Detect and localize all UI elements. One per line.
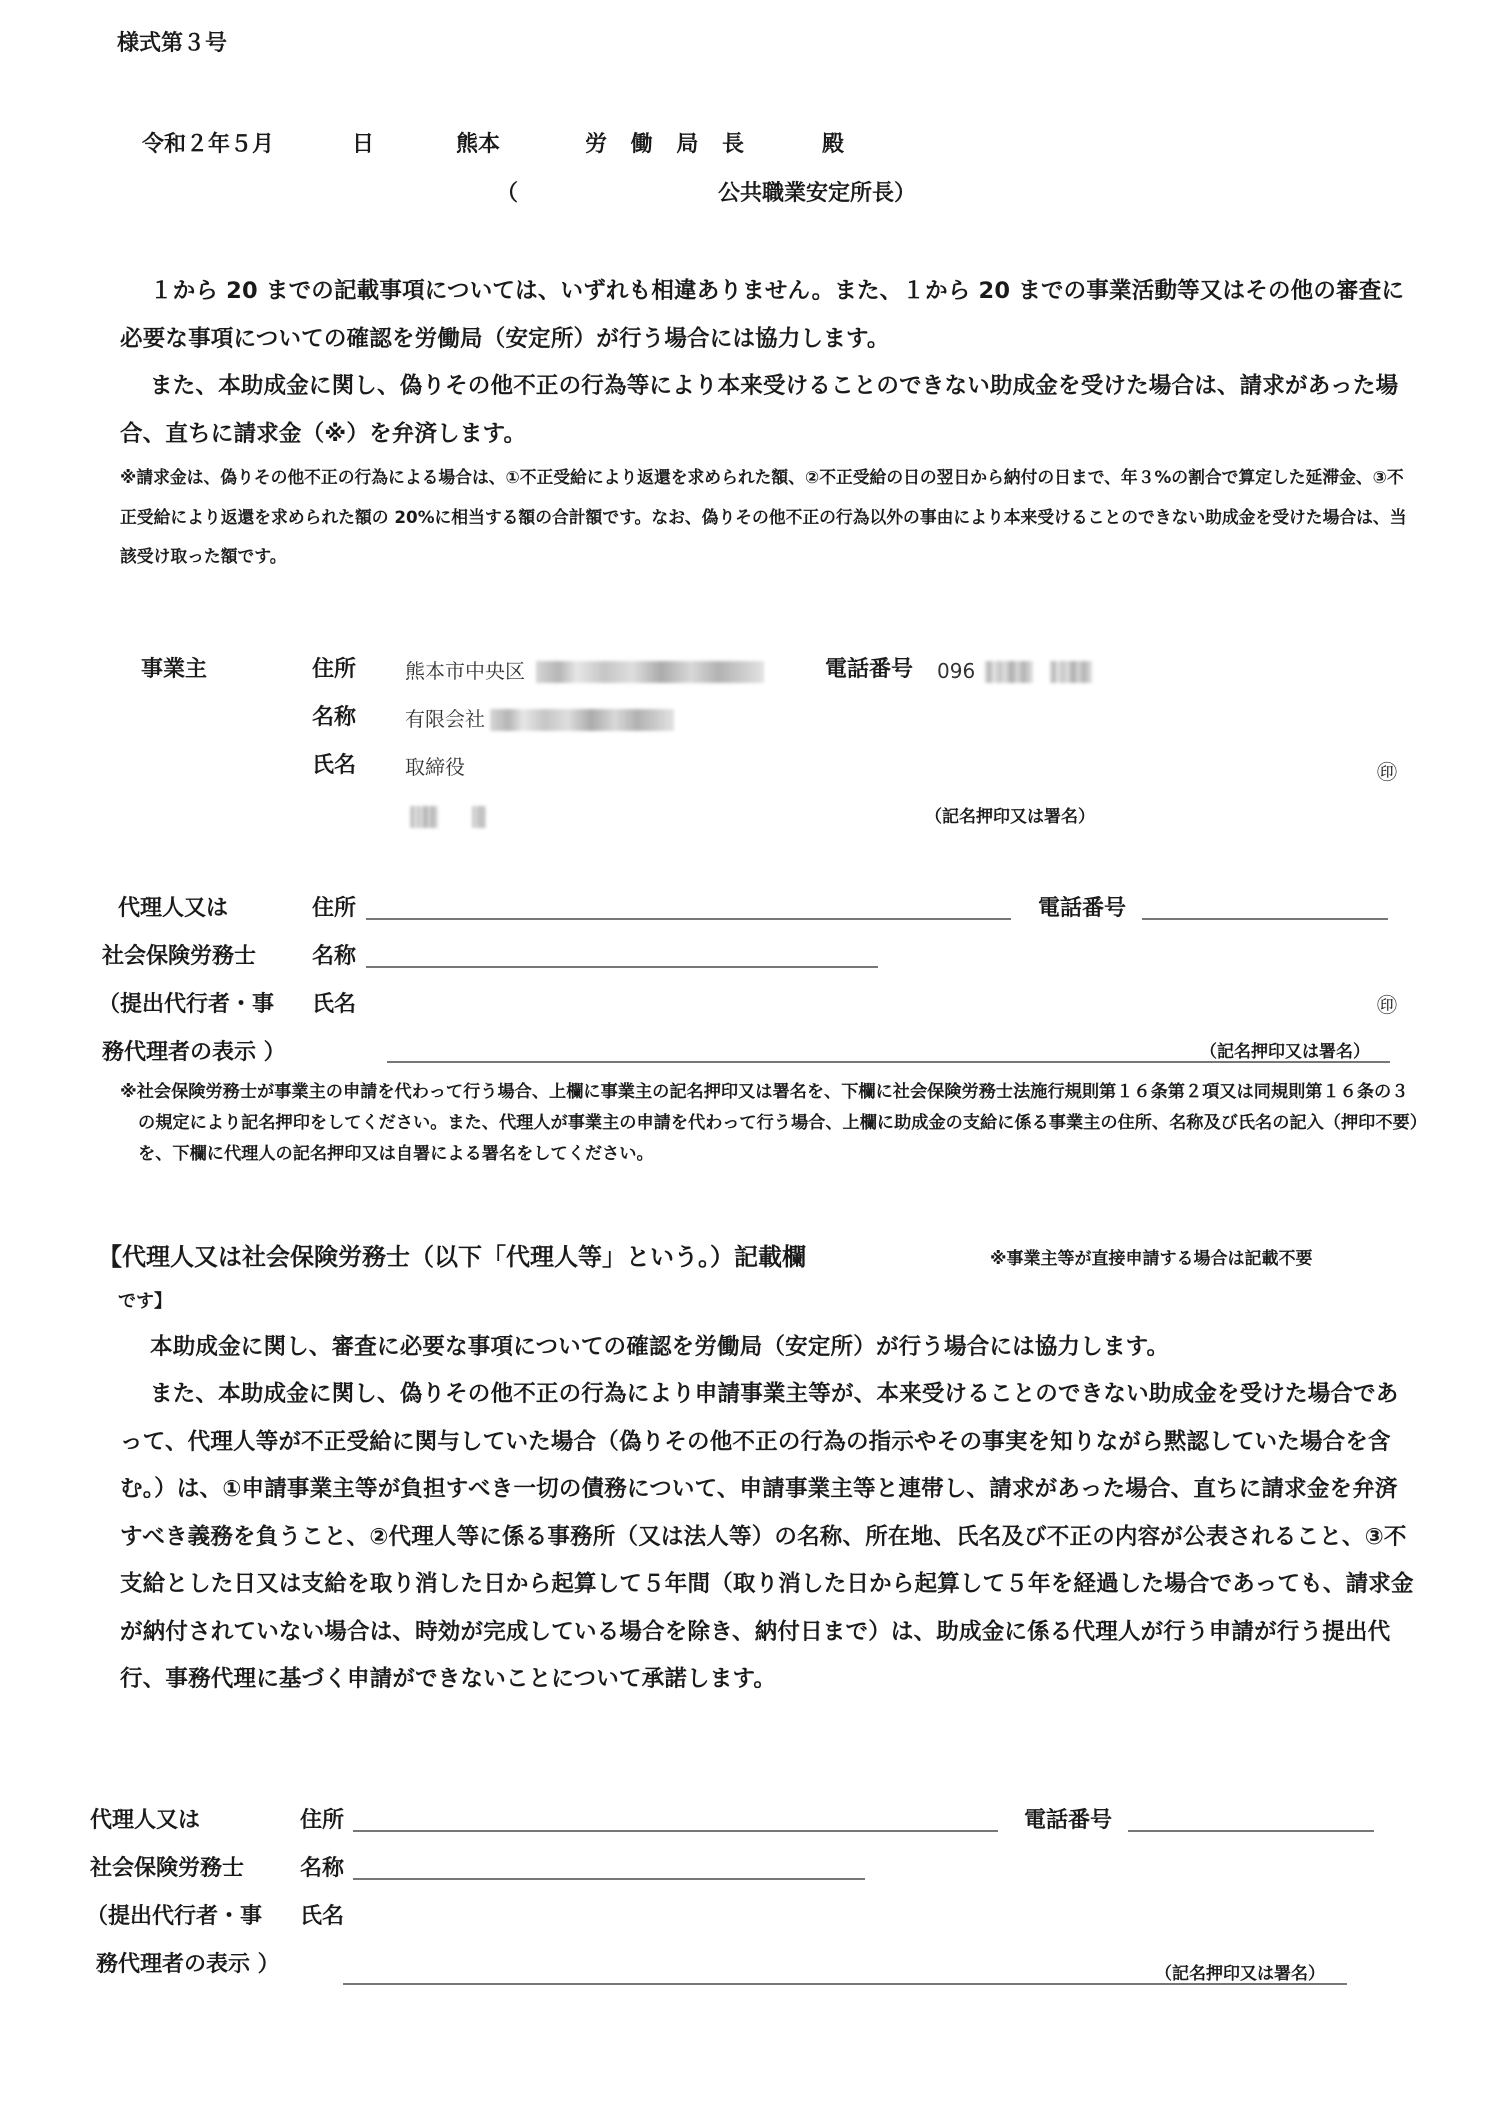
agent2-address-label: 住所 <box>300 1807 344 1835</box>
agent1-label-line3: （提出代行者・事 <box>98 991 274 1019</box>
employer-phone-value: 096 <box>937 658 975 684</box>
agent2-signature-note: （記名押印又は署名） <box>1155 1963 1325 1985</box>
agent1-person-label: 氏名 <box>312 991 356 1019</box>
agent1-signature-field[interactable] <box>387 1061 1390 1063</box>
repayment-note: ※請求金は、偽りその他不正の行為による場合は、①不正受給により返還を求められた額… <box>120 458 1420 577</box>
employer-rep-redacted-2 <box>472 806 486 828</box>
agent2-name-label: 名称 <box>300 1855 344 1883</box>
agent2-phone-label: 電話番号 <box>1024 1807 1112 1835</box>
employer-name-label: 名称 <box>312 704 356 732</box>
honorific: 殿 <box>822 131 844 159</box>
bureau-title: 労 働 局 長 <box>585 131 752 159</box>
agent2-label-line2: 社会保険労務士 <box>90 1855 244 1883</box>
agent-section-heading-cont: です】 <box>118 1290 172 1314</box>
agent-filing-note: ※社会保険労務士が事業主の申請を代わって行う場合、上欄に事業主の記名押印又は署名… <box>120 1077 1420 1170</box>
employer-address-label: 住所 <box>312 656 356 684</box>
agent2-address-field[interactable] <box>353 1830 998 1832</box>
agent1-address-label: 住所 <box>312 895 356 923</box>
office-title: 公共職業安定所長） <box>718 180 916 208</box>
agent-section-heading: 【代理人又は社会保険労務士（以下「代理人等」という。）記載欄 <box>98 1242 806 1272</box>
employer-rep-title: 取締役 <box>405 754 465 780</box>
agent1-label-line2: 社会保険労務士 <box>102 943 256 971</box>
agent1-label-line1: 代理人又は <box>118 895 228 923</box>
agent2-label-line4: 務代理者の表示 ） <box>96 1951 280 1979</box>
agent2-name-field[interactable] <box>353 1878 865 1880</box>
employer-name-redacted <box>490 709 674 731</box>
agent1-address-field[interactable] <box>366 918 1011 920</box>
employer-name-value: 有限会社 <box>405 706 485 732</box>
employer-rep-label: 氏名 <box>312 752 356 780</box>
agent1-name-field[interactable] <box>366 966 878 968</box>
agent1-phone-label: 電話番号 <box>1038 895 1126 923</box>
agent2-label-line3: （提出代行者・事 <box>86 1903 262 1931</box>
agent-paragraph-2: また、本助成金に関し、偽りその他不正の行為により申請事業主等が、本来受けることの… <box>120 1371 1420 1704</box>
form-number: 様式第３号 <box>117 30 227 58</box>
agent-section-heading-note: ※事業主等が直接申請する場合は記載不要 <box>990 1248 1313 1270</box>
agent1-label-line4: 務代理者の表示 ） <box>102 1039 286 1067</box>
employer-signature-note: （記名押印又は署名） <box>925 806 1095 828</box>
bureau-region: 熊本 <box>456 131 500 159</box>
agent2-label-line1: 代理人又は <box>90 1807 200 1835</box>
seal-mark-icon: ㊞ <box>1376 760 1398 784</box>
employer-phone-label: 電話番号 <box>825 656 913 684</box>
date-prefix: 令和２年５月 <box>142 131 274 159</box>
employer-rep-redacted-1 <box>410 806 438 828</box>
agent2-phone-field[interactable] <box>1128 1830 1374 1832</box>
employer-address-value: 熊本市中央区 <box>405 658 525 684</box>
office-open-paren: （ <box>496 180 518 208</box>
seal-mark-icon: ㊞ <box>1376 993 1398 1017</box>
agent1-name-label: 名称 <box>312 943 356 971</box>
employer-address-redacted <box>536 661 764 683</box>
agent2-signature-field[interactable] <box>343 1983 1347 1985</box>
declaration-paragraph-2: また、本助成金に関し、偽りその他不正の行為等により本来受けることのできない助成金… <box>120 363 1420 458</box>
declaration-paragraph-1: １から 20 までの記載事項については、いずれも相違ありません。また、１から 2… <box>120 268 1420 363</box>
date-day: 日 <box>352 131 374 159</box>
agent1-signature-note: （記名押印又は署名） <box>1200 1041 1370 1063</box>
agent-paragraph-1: 本助成金に関し、審査に必要な事項についての確認を労働局（安定所）が行う場合には協… <box>120 1324 1420 1372</box>
employer-label: 事業主 <box>141 656 207 684</box>
agent1-phone-field[interactable] <box>1142 918 1388 920</box>
employer-phone-redacted-2 <box>1050 661 1092 683</box>
employer-phone-redacted-1 <box>985 661 1033 683</box>
agent2-person-label: 氏名 <box>300 1903 344 1931</box>
